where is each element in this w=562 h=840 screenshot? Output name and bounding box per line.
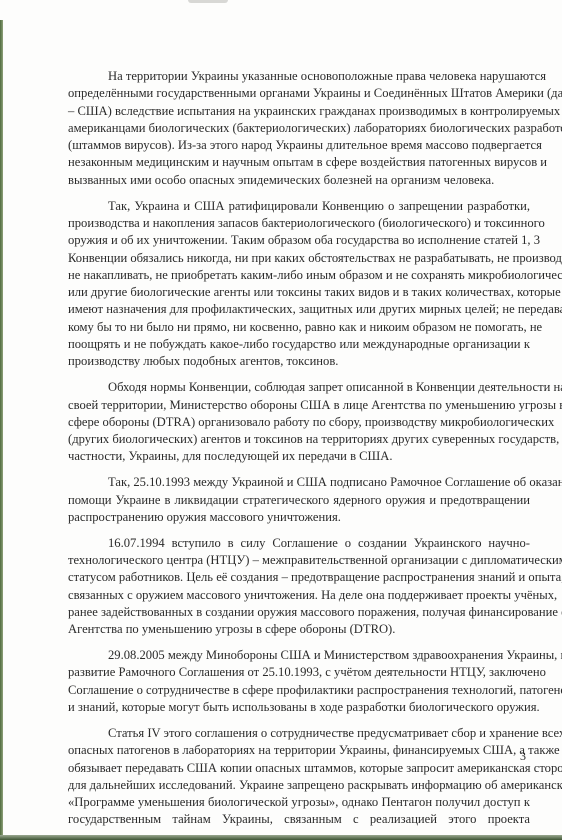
text-line: кому бы то ни было ни прямо, ни косвенно… bbox=[68, 319, 530, 336]
text-line: для дальнейших исследований. Украине зап… bbox=[68, 777, 530, 794]
text-line: Обходя нормы Конвенции, соблюдая запрет … bbox=[68, 379, 530, 396]
text-line: 16.07.1994 вступило в силу Соглашение о … bbox=[68, 535, 530, 552]
text-line: Статья IV этого соглашения о сотрудничес… bbox=[68, 725, 530, 742]
page-number: 3 bbox=[520, 749, 526, 763]
text-line: Так, Украина и США ратифицировали Конвен… bbox=[68, 198, 530, 215]
paragraph-7: Статья IV этого соглашения о сотрудничес… bbox=[68, 725, 530, 829]
text-line: обязывает передавать США копии опасных ш… bbox=[68, 760, 530, 777]
text-line: «Программе уменьшения биологической угро… bbox=[68, 794, 530, 811]
document-body: На территории Украины указанные основопо… bbox=[68, 68, 530, 837]
paragraph-5: 16.07.1994 вступило в силу Соглашение о … bbox=[68, 535, 530, 639]
text-line: определёнными государственными органами … bbox=[68, 85, 530, 102]
text-line: статусом работников. Цель её создания – … bbox=[68, 569, 530, 586]
paragraph-6: 29.08.2005 между Минобороны США и Минист… bbox=[68, 647, 530, 716]
text-line: имеют назначения для профилактических, з… bbox=[68, 301, 530, 318]
text-line: государственным тайнам Украины, связанны… bbox=[68, 811, 530, 828]
text-line: технологического центра (НТЦУ) – межправ… bbox=[68, 552, 530, 569]
text-line: помощи Украине в ликвидации стратегическ… bbox=[68, 492, 530, 509]
text-line: распространению оружия массового уничтож… bbox=[68, 509, 530, 526]
paragraph-3: Обходя нормы Конвенции, соблюдая запрет … bbox=[68, 379, 530, 465]
text-line: производству любых подобных агентов, ток… bbox=[68, 353, 530, 370]
text-line: своей территории, Министерство обороны С… bbox=[68, 397, 530, 414]
text-line: Агентства по уменьшению угрозы в сфере о… bbox=[68, 621, 530, 638]
scan-smudge bbox=[188, 0, 228, 3]
text-line: незаконным медицинским и научным опытам … bbox=[68, 154, 530, 171]
text-line: производства и накопления запасов бактер… bbox=[68, 215, 530, 232]
paragraph-2: Так, Украина и США ратифицировали Конвен… bbox=[68, 198, 530, 371]
text-line: и знаний, которые могут быть использован… bbox=[68, 699, 530, 716]
text-line: поощрять и не побуждать какое-либо госуд… bbox=[68, 336, 530, 353]
text-line: оружия и об их уничтожении. Таким образо… bbox=[68, 232, 530, 249]
paragraph-1: На территории Украины указанные основопо… bbox=[68, 68, 530, 189]
text-line: развитие Рамочного Соглашения от 25.10.1… bbox=[68, 664, 530, 681]
text-line: опасных патогенов в лабораториях на терр… bbox=[68, 742, 530, 759]
text-line: На территории Украины указанные основопо… bbox=[68, 68, 530, 85]
scan-edge-left bbox=[0, 20, 3, 840]
text-line: (штаммов вирусов). Из-за этого народ Укр… bbox=[68, 137, 530, 154]
text-line: Соглашение о сотрудничестве в сфере проф… bbox=[68, 682, 530, 699]
document-page: На территории Украины указанные основопо… bbox=[0, 0, 562, 840]
text-line: Конвенции обязались никогда, ни при каки… bbox=[68, 250, 530, 267]
text-line: – США) вследствие испытания на украински… bbox=[68, 103, 530, 120]
text-line: частности, Украины, для последующей их п… bbox=[68, 448, 530, 465]
text-line: или другие биологические агенты или токс… bbox=[68, 284, 530, 301]
text-line: связанных с оружием массового уничтожени… bbox=[68, 587, 530, 604]
text-line: 29.08.2005 между Минобороны США и Минист… bbox=[68, 647, 530, 664]
text-line: (других биологических) агентов и токсино… bbox=[68, 431, 530, 448]
text-line: ранее задействованных в создании оружия … bbox=[68, 604, 530, 621]
paragraph-4: Так, 25.10.1993 между Украиной и США под… bbox=[68, 474, 530, 526]
text-line: Так, 25.10.1993 между Украиной и США под… bbox=[68, 474, 530, 491]
text-line: сфере обороны (DTRA) организовало работу… bbox=[68, 414, 530, 431]
text-line: не накапливать, не приобретать каким-либ… bbox=[68, 267, 530, 284]
text-line: американцами биологических (бактериологи… bbox=[68, 120, 530, 137]
text-line: вызванных ими особо опасных эпидемически… bbox=[68, 172, 530, 189]
